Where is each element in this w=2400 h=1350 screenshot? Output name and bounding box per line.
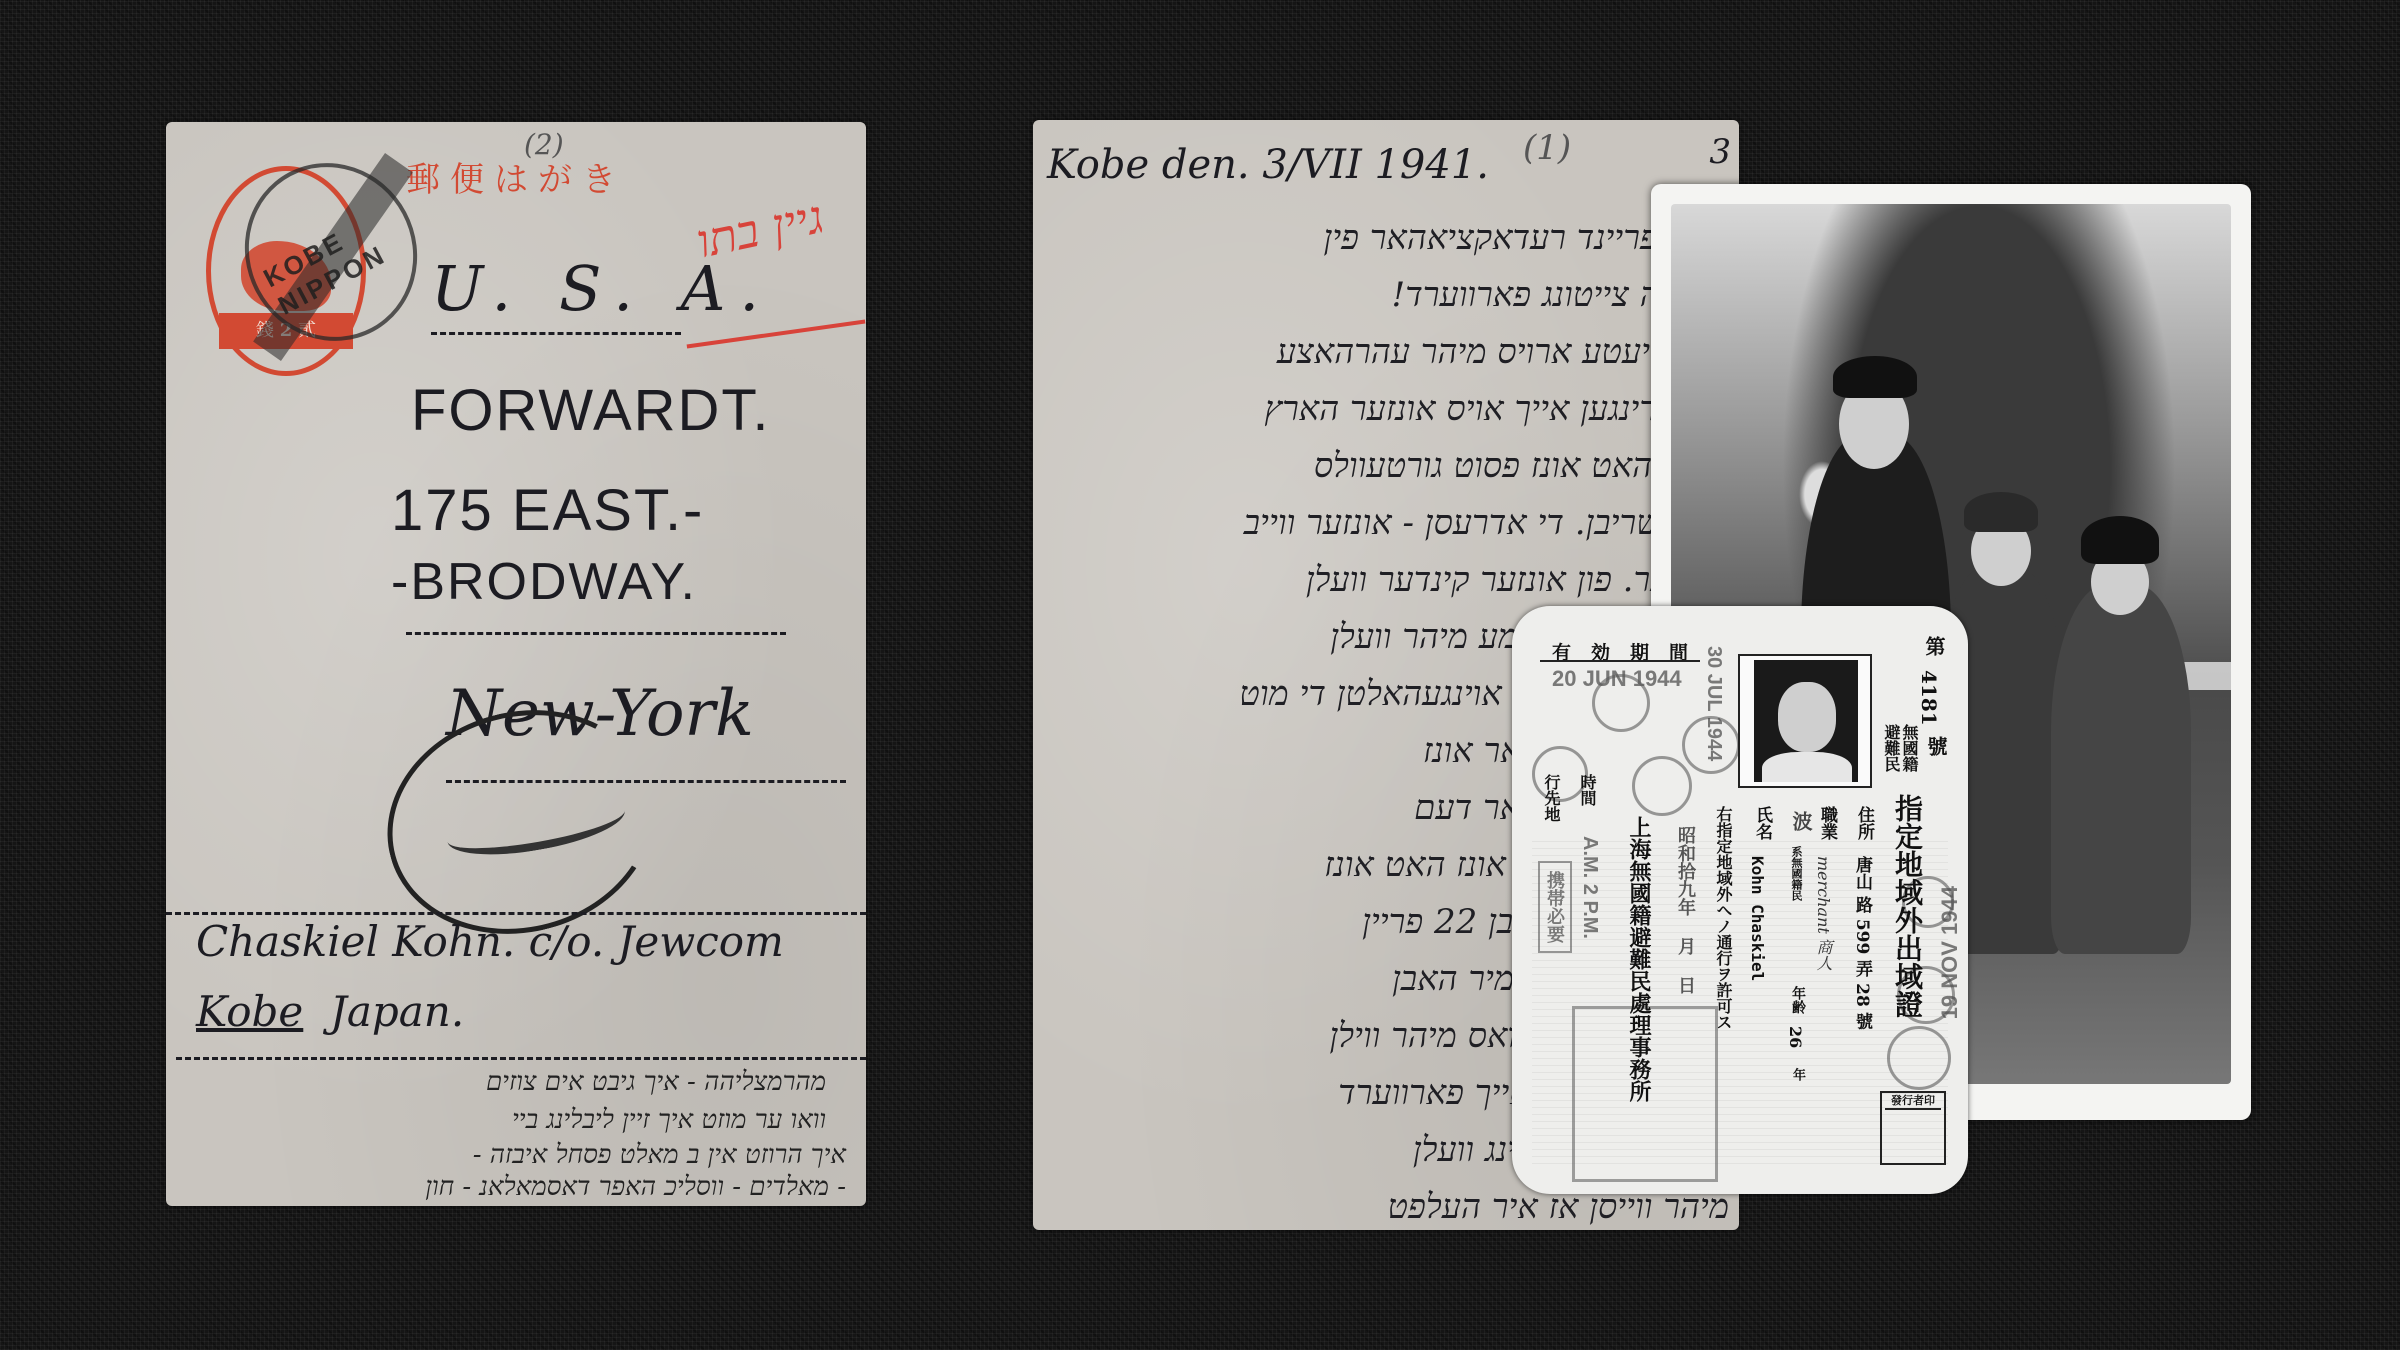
age-value: 26 [1786, 1026, 1805, 1048]
time-label: 時間 [1576, 774, 1599, 806]
issue-date: 昭和拾九年 月 日 [1672, 826, 1698, 994]
page-number-mark: (1) [1523, 128, 1571, 168]
address-recipient: FORWARDT. [411, 377, 771, 444]
age-label: 年齢 [1788, 986, 1808, 1014]
sender-name: Chaskiel Kohn. c/o. Jewcom [196, 917, 784, 966]
permit-title: 指定地域外出域證 [1887, 794, 1927, 1018]
permit-number-prefix: 第 [1920, 636, 1949, 656]
date-stamp: 19 NOV 1944 [1937, 886, 1963, 1019]
issuing-office: 上海無國籍避難民處理事務所 [1624, 816, 1655, 1102]
letter-line: ליבע פריינד רעדאקציאהאר פין [1043, 210, 1729, 267]
divider [1540, 660, 1700, 662]
yiddish-line: איך הרוזט אין ב מאלט פסחל איבזה - [473, 1140, 846, 1170]
portrait-face [1778, 682, 1836, 752]
yiddish-line: מהרמצליהה - איך גיבט אים צוזים [486, 1067, 826, 1097]
letter-line: אפגעשריבן. די אדרעסן - אונזער ווייב [1043, 495, 1729, 552]
portrait-shirt [1762, 752, 1852, 782]
age-suffix: 年 [1788, 1068, 1807, 1081]
yiddish-line: וואו ער מוזט איך זיין ליבלינג ביי [512, 1105, 826, 1135]
permit-number-suffix: 號 [1922, 736, 1951, 756]
round-stamp-icon [1887, 1026, 1951, 1090]
child-hat [2081, 516, 2159, 564]
divider [166, 912, 866, 915]
address-label: 住所 [1852, 806, 1877, 840]
nationality-value: 波 [1787, 811, 1816, 831]
letter-line: כיר בזיעטע ארויס מיהר עהרהאצע [1043, 324, 1729, 381]
divider [176, 1057, 866, 1060]
permit-number: 4181 [1917, 670, 1941, 726]
divider [431, 332, 681, 335]
category-label: 無國籍避難民 [1882, 724, 1918, 784]
letter-date: Kobe den. 3/VII 1941. [1047, 142, 1489, 188]
letter-line: מיר ברינגען אייך אויס אונזער הארץ [1043, 381, 1729, 438]
corner-number: 3 [1709, 132, 1731, 172]
address-street-line2: -BRODWAY. [391, 552, 697, 612]
postcard-header-japanese: 郵便はがき [406, 152, 626, 201]
sender-location: Kobe Japan. [196, 987, 464, 1036]
child-hat [1964, 492, 2038, 532]
yiddish-line: - מאלדים - ווסליכ האפר דאסמאלאנ - חון [425, 1172, 846, 1202]
time-value: A.M. 2 P.M. [1578, 836, 1601, 939]
date-stamp: 30 JUL 1944 [1702, 646, 1725, 761]
address-value: 唐山 路 599 弄 28 號 [1850, 856, 1875, 1030]
round-stamp-icon [1592, 674, 1650, 732]
occupation-label: 職業 [1815, 806, 1840, 840]
divider [406, 632, 786, 635]
nationality-label: 系無國籍民 [1788, 846, 1804, 901]
issuer-seal-box: 發行者印 [1880, 1091, 1946, 1165]
portrait-frame [1738, 654, 1872, 788]
letter-line: ברידער. פון אונזער קינדער וועלן [1043, 552, 1729, 609]
letter-line: חשובה צייטונג פארווערד! [1043, 267, 1729, 324]
permission-text: 右指定地域外へノ通行ヲ許可ス [1712, 806, 1735, 1030]
destination-label: 行先地 [1540, 774, 1563, 822]
name-value: Kohn Chaskiel [1748, 856, 1767, 981]
postcard-front: (2) 郵便はがき 錢 2 貳 KOBE NIPPON גיין בתו U. … [166, 122, 866, 1206]
portrait-photo [1754, 660, 1858, 782]
letter-line: איחר האט אונז פסוט גורטעוולס [1043, 438, 1729, 495]
occupation-value: merchant 商人 [1812, 856, 1835, 971]
name-label: 氏名 [1750, 806, 1775, 840]
address-street-line1: 175 EAST.- [391, 477, 704, 544]
exit-permit-card: 有効期間 20 JUN 1944 30 JUL 1944 19 NOV 1944… [1512, 606, 1968, 1194]
round-stamp-icon [1632, 756, 1692, 816]
boxed-stamp: 携帯必要 [1538, 861, 1572, 953]
child-figure [2051, 584, 2191, 954]
address-country: U. S. A. [431, 252, 773, 325]
child-hat [1833, 356, 1917, 398]
